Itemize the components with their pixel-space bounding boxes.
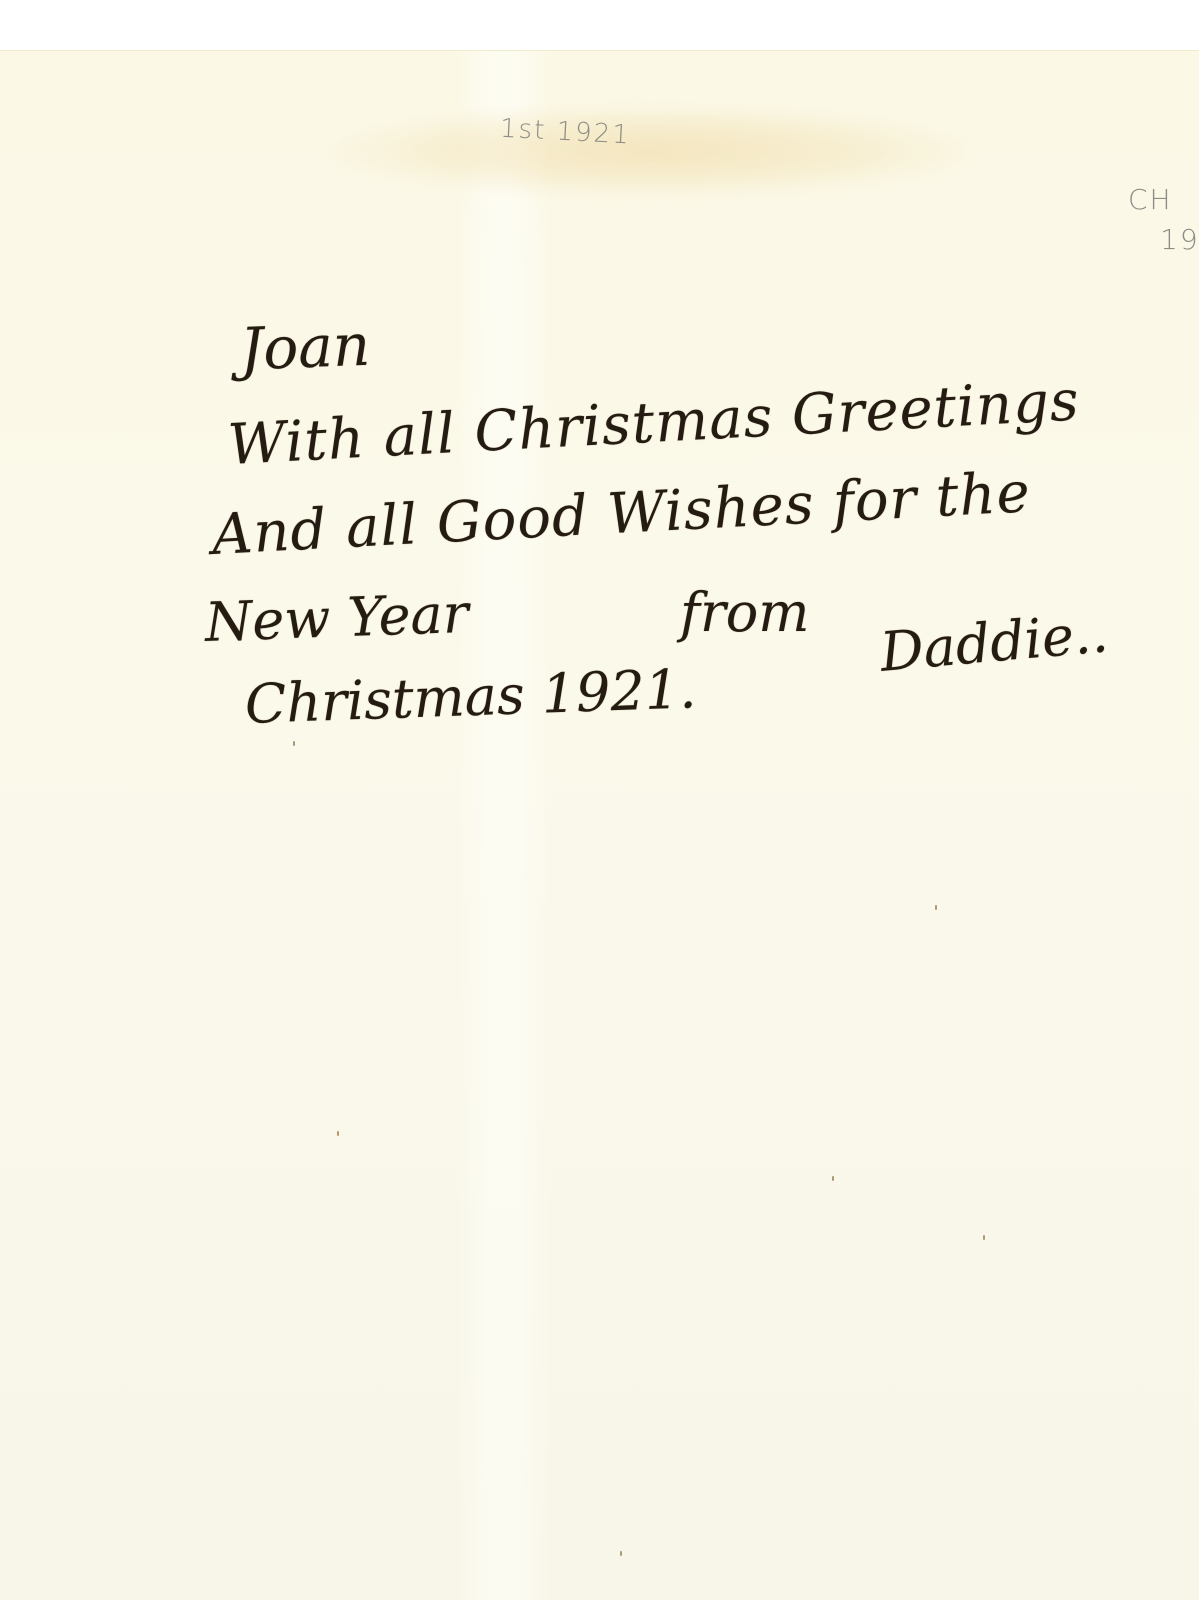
inscription-line-3-new-year: New Year — [204, 582, 470, 654]
inscription-date: Christmas 1921. — [244, 657, 697, 736]
paper-speck — [293, 741, 295, 746]
pencil-note-corner-line2: 19 — [1160, 223, 1199, 256]
inscription-line-2: And all Good Wishes for the — [210, 460, 1032, 568]
paper-speck — [832, 1176, 834, 1181]
document-photo: 1st 1921 CH 19 Joan With all Christmas G… — [0, 0, 1199, 1600]
pencil-note-corner-line1: CH — [1128, 183, 1173, 216]
foxing-stain — [330, 106, 970, 196]
inscription-line-3-from: from — [680, 581, 810, 644]
paper-speck — [935, 905, 937, 910]
inscription-salutation: Joan — [239, 311, 371, 383]
paper-page: 1st 1921 CH 19 Joan With all Christmas G… — [0, 50, 1199, 1600]
paper-speck — [620, 1551, 622, 1556]
paper-speck — [983, 1235, 985, 1240]
inscription-signature: Daddie.. — [878, 601, 1111, 684]
inscription-line-1: With all Christmas Greetings — [226, 368, 1081, 478]
paper-speck — [337, 1131, 339, 1136]
